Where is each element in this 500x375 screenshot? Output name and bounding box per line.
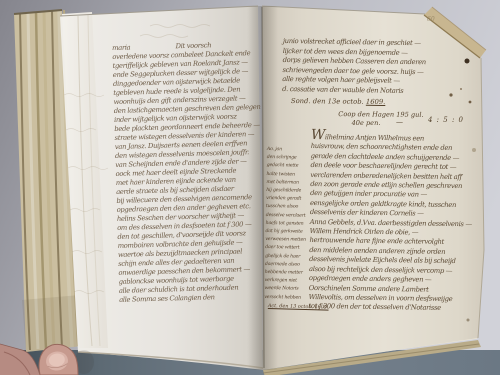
right-page — [262, 6, 484, 370]
gutter — [248, 6, 278, 370]
left-page — [60, 6, 263, 370]
book-photo-illustration — [0, 0, 500, 375]
photo-of-open-manuscript-book: 60 maria Dit voorschoverledene voorsz co… — [0, 0, 500, 375]
